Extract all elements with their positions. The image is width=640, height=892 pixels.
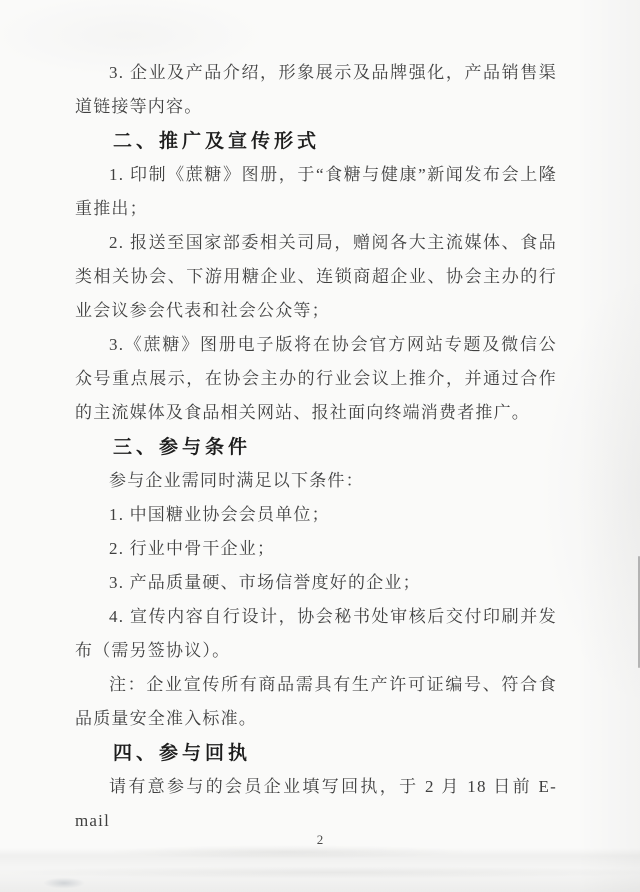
- page-number: 2: [0, 832, 640, 848]
- paragraph-item-3-intro: 3. 企业及产品介绍，形象展示及品牌强化，产品销售渠道链接等内容。: [75, 56, 557, 124]
- document-page: 3. 企业及产品介绍，形象展示及品牌强化，产品销售渠道链接等内容。 二、推广及宣…: [0, 0, 640, 892]
- paragraph-promo-1-print: 1. 印制《蔗糖》图册，于“食糖与健康”新闻发布会上隆重推出；: [75, 158, 557, 226]
- paragraph-note-license: 注：企业宣传所有商品需具有生产许可证编号、符合食品质量安全准入标准。: [75, 668, 557, 736]
- section-heading-promotion: 二、推广及宣传形式: [75, 124, 557, 158]
- paragraph-condition-4-design: 4. 宣传内容自行设计，协会秘书处审核后交付印刷并发布（需另签协议）。: [75, 600, 557, 668]
- paragraph-promo-3-digital: 3.《蔗糖》图册电子版将在协会官方网站专题及微信公众号重点展示，在协会主办的行业…: [75, 328, 557, 430]
- section-heading-reply: 四、参与回执: [75, 736, 557, 770]
- scan-shadow-right: [578, 0, 640, 892]
- paragraph-condition-3-quality: 3. 产品质量硬、市场信誉度好的企业；: [75, 566, 557, 600]
- section-heading-conditions: 三、参与条件: [75, 430, 557, 464]
- paragraph-condition-2-backbone: 2. 行业中骨干企业；: [75, 532, 557, 566]
- paragraph-promo-2-distribute: 2. 报送至国家部委相关司局，赠阅各大主流媒体、食品类相关协会、下游用糖企业、连…: [75, 226, 557, 328]
- paragraph-reply-instruction: 请有意参与的会员企业填写回执，于 2 月 18 日前 E-mail: [75, 770, 557, 838]
- scan-artifact-bottom-band: [0, 848, 640, 892]
- document-content: 3. 企业及产品介绍，形象展示及品牌强化，产品销售渠道链接等内容。 二、推广及宣…: [75, 56, 557, 838]
- paragraph-condition-1-member: 1. 中国糖业协会会员单位；: [75, 498, 557, 532]
- paragraph-conditions-intro: 参与企业需同时满足以下条件：: [75, 464, 557, 498]
